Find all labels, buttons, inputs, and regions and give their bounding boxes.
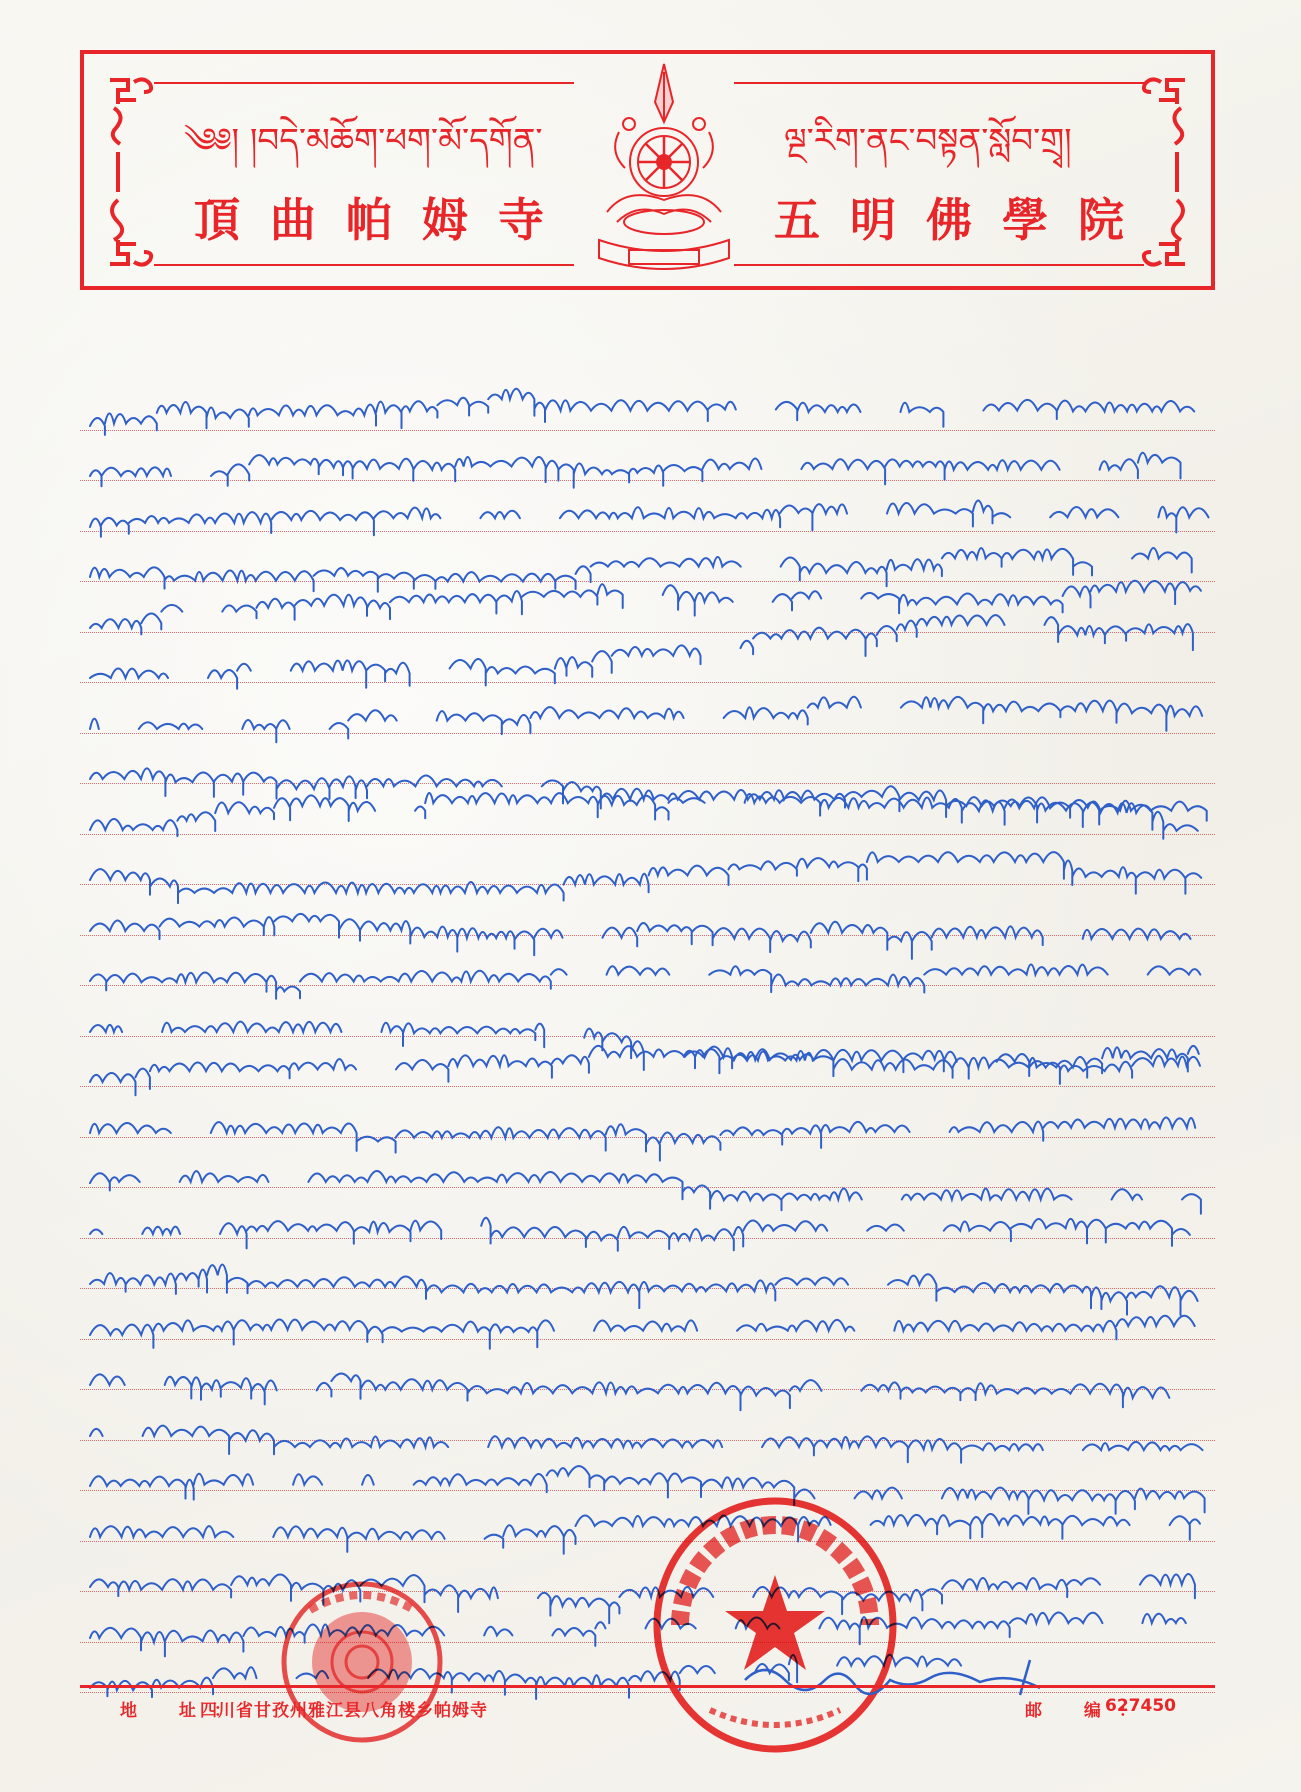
postcode-value: 627450	[1105, 1696, 1176, 1716]
handwritten-line	[80, 431, 1215, 482]
handwritten-line	[80, 1289, 1215, 1340]
ornament-corner-left-icon	[104, 72, 160, 272]
dharma-wheel-lotus-emblem-icon	[589, 62, 739, 282]
header-rule	[734, 82, 1144, 84]
handwritten-line	[80, 1188, 1215, 1239]
chinese-title-left: 頂曲帕姆寺	[194, 184, 574, 250]
handwritten-line	[80, 481, 1215, 532]
header-rule	[734, 264, 1144, 266]
footer: 地 址： 四川省甘孜州雅江县八角楼乡帕姆寺 邮 编： 627450	[80, 1696, 1215, 1726]
handwritten-line	[80, 885, 1215, 936]
handwritten-body	[80, 380, 1215, 1693]
handwritten-line	[80, 1390, 1215, 1441]
handwritten-line	[80, 784, 1215, 835]
handwritten-line	[80, 1441, 1215, 1492]
handwritten-line	[80, 1037, 1215, 1088]
handwritten-line	[80, 835, 1215, 886]
handwritten-line	[80, 1491, 1215, 1542]
letterhead-frame: ༄༅། །བདེ་མཆོག་ཕག་མོ་དགོན་ ལྔ་རིག་ནང་བསྟན…	[80, 50, 1215, 290]
signature-mark	[740, 1650, 1070, 1700]
footer-rule	[80, 1685, 1215, 1688]
handwritten-line	[80, 1340, 1215, 1391]
header-rule	[154, 82, 574, 84]
handwritten-line	[80, 683, 1215, 734]
header-rule	[154, 264, 574, 266]
handwritten-line	[80, 1087, 1215, 1138]
chinese-title-right: 五明佛學院	[774, 184, 1154, 250]
handwritten-line	[80, 1239, 1215, 1290]
handwritten-line	[80, 380, 1215, 431]
handwritten-line	[80, 986, 1215, 1037]
handwritten-line	[80, 1542, 1215, 1593]
handwritten-line	[80, 936, 1215, 987]
address-value: 四川省甘孜州雅江县八角楼乡帕姆寺	[200, 1696, 488, 1721]
handwritten-line	[80, 734, 1215, 785]
handwritten-line	[80, 1138, 1215, 1189]
handwritten-line	[80, 633, 1215, 684]
handwritten-line	[80, 532, 1215, 583]
handwritten-line	[80, 1592, 1215, 1643]
